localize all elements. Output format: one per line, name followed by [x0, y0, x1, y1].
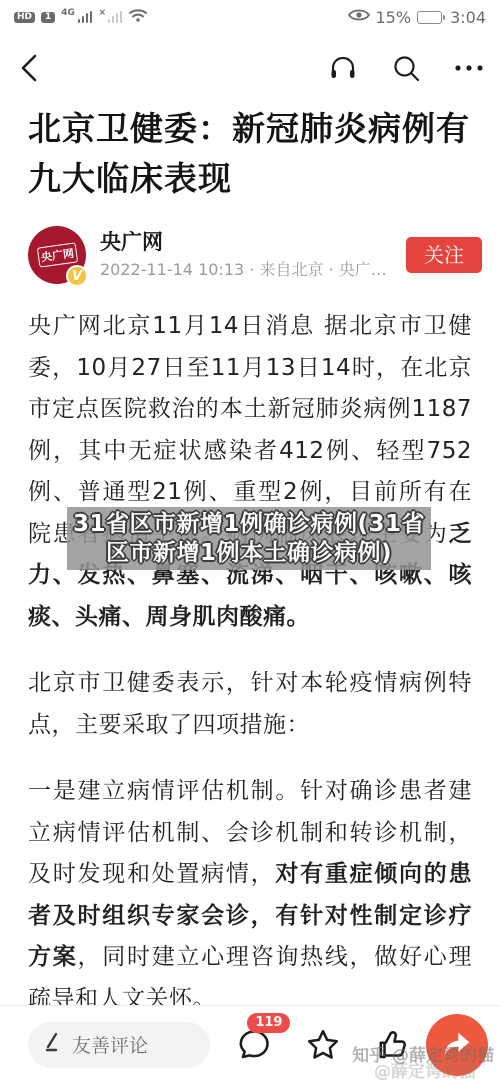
bottom-action-bar: 友善评论 119 [0, 1005, 500, 1083]
status-bar: HD 1 4G × 15% 3:04 [0, 0, 500, 34]
comment-input[interactable]: 友善评论 [28, 1022, 210, 1068]
battery-icon [417, 11, 442, 24]
eye-protection-icon [348, 8, 370, 26]
paragraph-3: 一是建立病情评估机制。针对确诊患者建立病情评估机制、会诊机制和转诊机制，及时发现… [28, 771, 472, 1020]
network-4g-label: 4G [61, 8, 75, 18]
pencil-icon [44, 1032, 62, 1057]
battery-percent-label: 15% [376, 8, 412, 27]
comments-button[interactable]: 119 [235, 1027, 273, 1063]
publish-meta: 2022-11-14 10:13 · 来自北京 · 央广… [100, 258, 406, 282]
status-right: 15% 3:04 [348, 8, 487, 27]
news-article-screen: HD 1 4G × 15% 3:04 [0, 0, 500, 1083]
favorite-star-button[interactable] [304, 1027, 342, 1063]
overlay-watermark-text: 31省区市新增1例确诊病例(31省区市新增1例本土确诊病例) [71, 510, 427, 568]
author-info: 央广网 2022-11-14 10:13 · 来自北京 · 央广… [100, 228, 406, 282]
nav-actions [328, 54, 484, 82]
overlay-watermark-band: 31省区市新增1例确诊病例(31省区市新增1例本土确诊病例) [67, 507, 431, 570]
article-body: 央广网北京11月14日消息 据北京市卫健委，10月27日至11月13日14时，在… [28, 306, 472, 1045]
listen-headphones-button[interactable] [328, 54, 358, 82]
author-row: 央广网 V 央广网 2022-11-14 10:13 · 来自北京 · 央广… … [28, 222, 482, 288]
like-thumbs-up-button[interactable] [373, 1027, 411, 1063]
comment-count-badge: 119 [247, 1013, 290, 1034]
signal-bars-faded-icon [108, 11, 123, 23]
bottom-actions: 119 [220, 1027, 426, 1063]
paragraph-1: 央广网北京11月14日消息 据北京市卫健委，10月27日至11月13日14时，在… [28, 306, 472, 638]
comment-placeholder: 友善评论 [72, 1031, 148, 1058]
sim1-icon: 1 [41, 12, 55, 23]
verified-badge-icon: V [66, 265, 88, 287]
article-title: 北京卫健委：新冠肺炎病例有九大临床表现 [28, 104, 472, 204]
search-button[interactable] [392, 54, 420, 82]
more-options-button[interactable] [454, 64, 484, 72]
hd-icon: HD [14, 12, 35, 23]
follow-button[interactable]: 关注 [406, 237, 482, 273]
paragraph-2: 北京市卫健委表示，针对本轮疫情病例特点，主要采取了四项措施： [28, 663, 472, 746]
no-signal-x-mark: × [98, 8, 106, 18]
author-avatar[interactable]: 央广网 V [28, 226, 86, 284]
share-arrow-icon [440, 1030, 474, 1060]
author-name[interactable]: 央广网 [100, 228, 406, 256]
status-left: HD 1 4G × [14, 7, 148, 27]
nav-bar [0, 40, 500, 96]
avatar-logo-text: 央广网 [36, 242, 77, 267]
share-button[interactable] [426, 1014, 488, 1076]
clock-label: 3:04 [450, 8, 486, 27]
back-button[interactable] [16, 53, 42, 83]
wifi-icon [128, 7, 148, 27]
signal-bars-icon [78, 11, 93, 23]
